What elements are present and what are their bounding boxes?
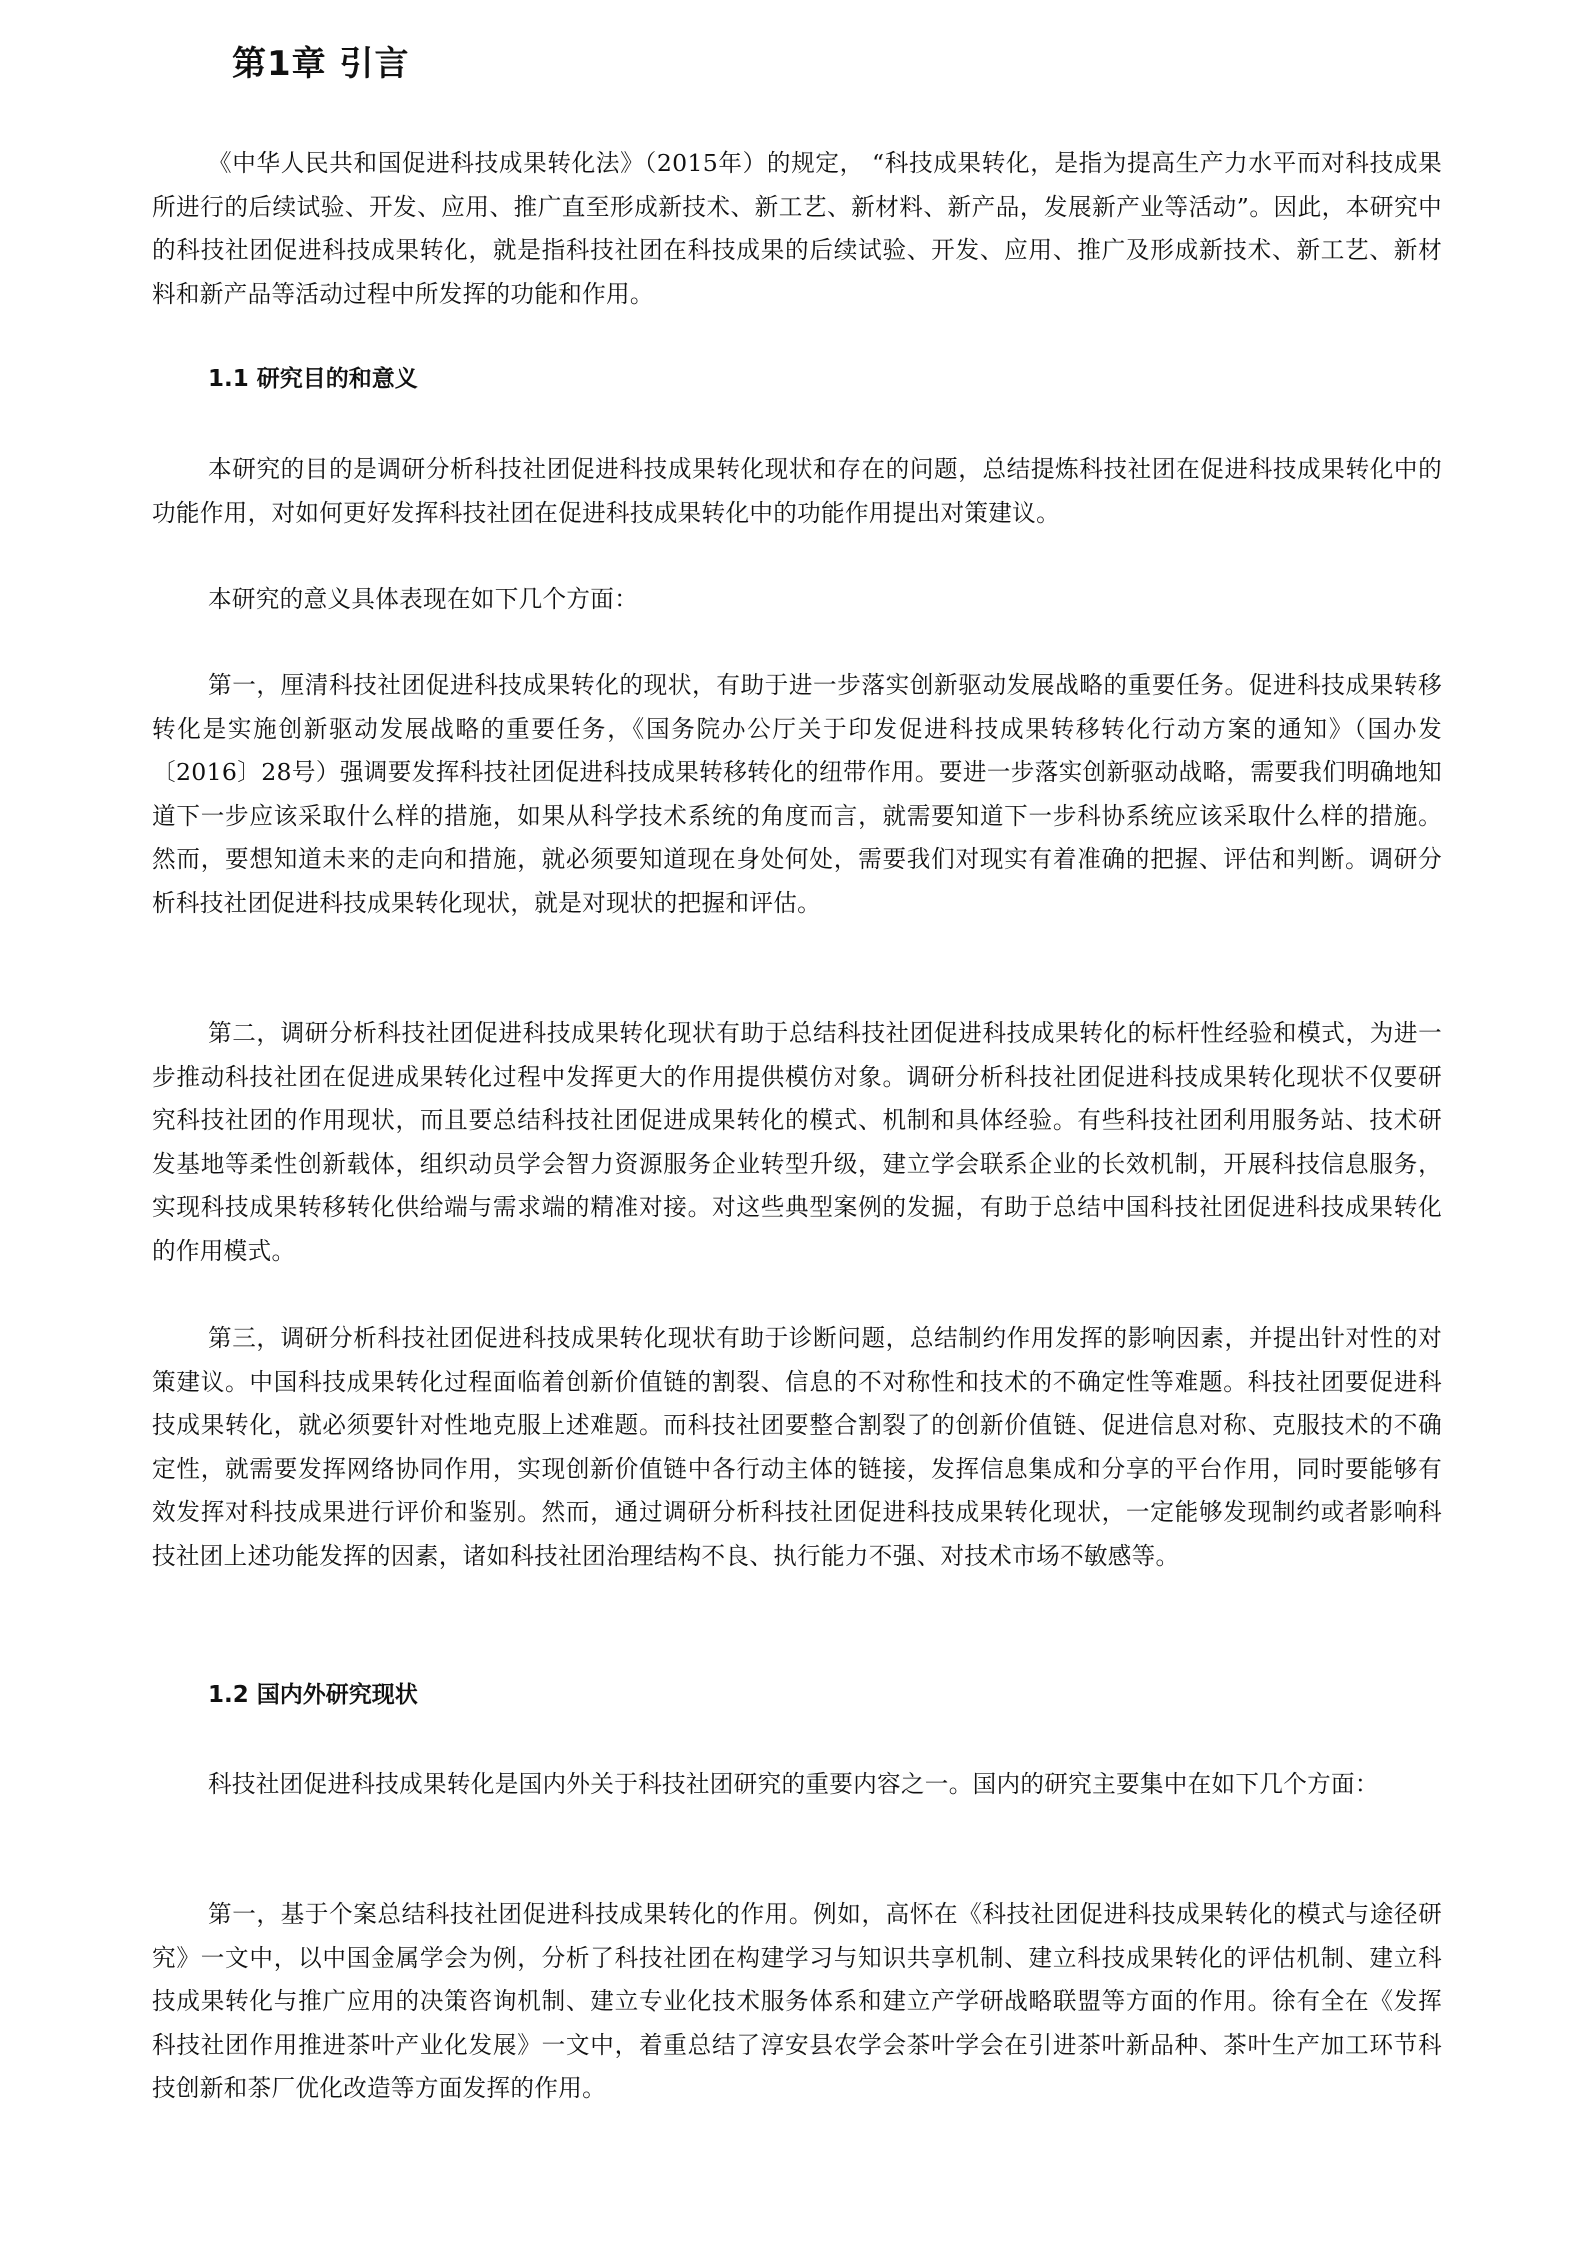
significance-intro-paragraph: 本研究的意义具体表现在如下几个方面： xyxy=(152,578,1442,622)
section-heading-1-2: 1.2 国内外研究现状 xyxy=(208,1676,418,1709)
research-status-point-1: 第一，基于个案总结科技社团促进科技成果转化的作用。例如，高怀在《科技社团促进科技… xyxy=(152,1893,1442,2111)
chapter-title: 第1章 引言 xyxy=(232,36,410,85)
section-heading-1-1: 1.1 研究目的和意义 xyxy=(208,360,418,393)
significance-point-1: 第一，厘清科技社团促进科技成果转化的现状，有助于进一步落实创新驱动发展战略的重要… xyxy=(152,664,1442,925)
research-status-intro: 科技社团促进科技成果转化是国内外关于科技社团研究的重要内容之一。国内的研究主要集… xyxy=(152,1763,1442,1807)
intro-paragraph: 《中华人民共和国促进科技成果转化法》（2015年）的规定， “科技成果转化，是指… xyxy=(152,142,1442,316)
significance-point-2: 第二，调研分析科技社团促进科技成果转化现状有助于总结科技社团促进科技成果转化的标… xyxy=(152,1012,1442,1273)
significance-point-3: 第三，调研分析科技社团促进科技成果转化现状有助于诊断问题，总结制约作用发挥的影响… xyxy=(152,1317,1442,1578)
purpose-paragraph: 本研究的目的是调研分析科技社团促进科技成果转化现状和存在的问题，总结提炼科技社团… xyxy=(152,448,1442,535)
